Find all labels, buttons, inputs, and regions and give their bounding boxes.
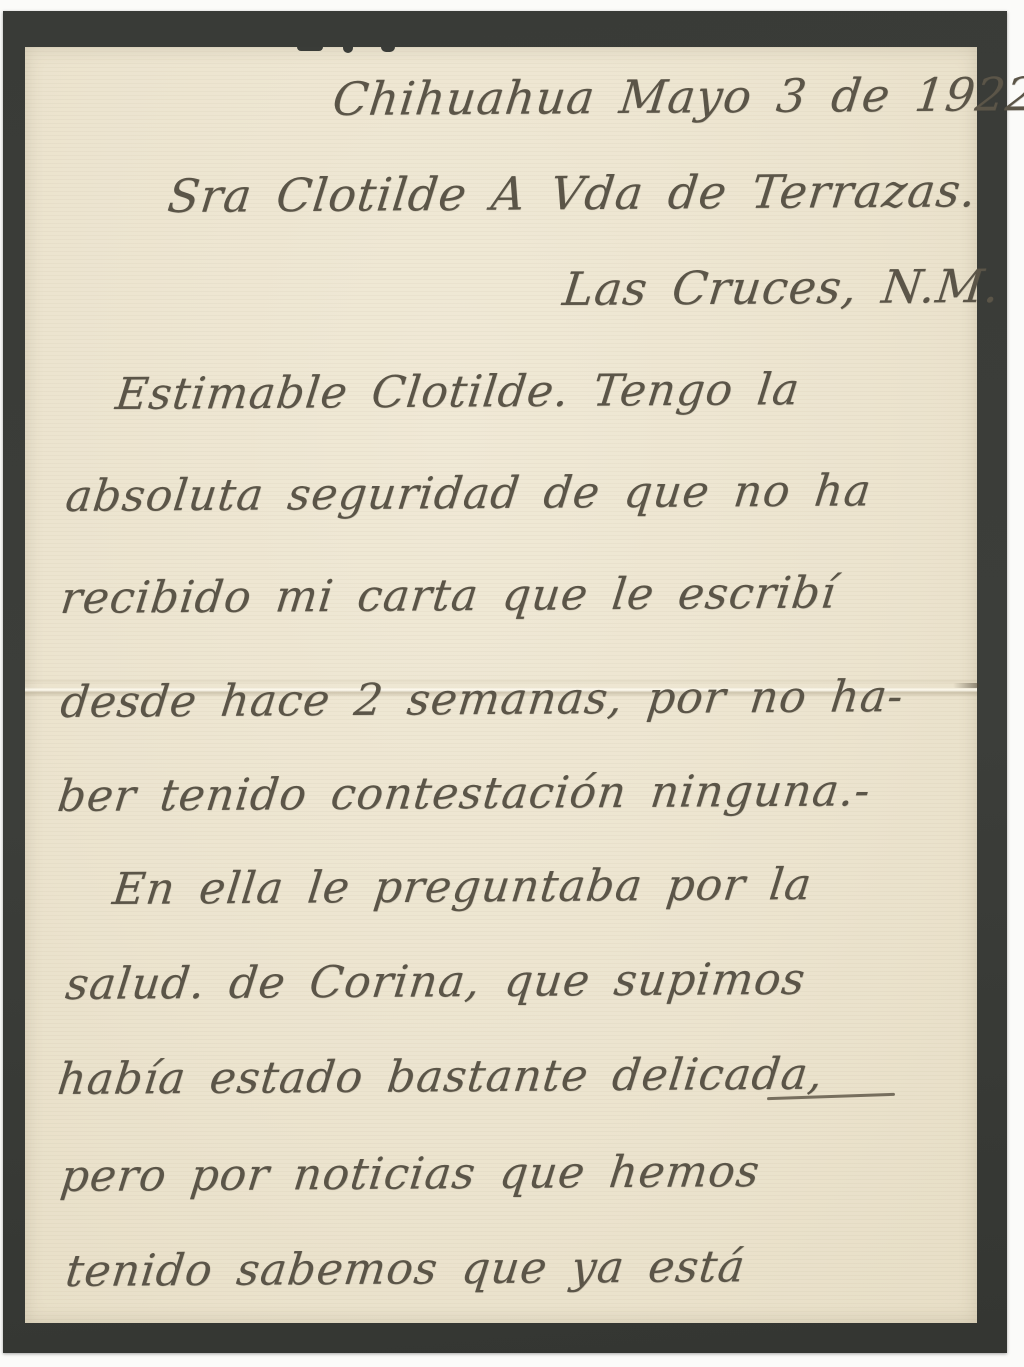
letter-body-line: salud. de Corina, que supimos — [63, 954, 808, 1010]
fold-edge-tear — [953, 683, 979, 688]
paper-edge-nick — [343, 47, 353, 53]
letter-body-line: En ella le preguntaba por la — [110, 859, 815, 915]
letter-body-line: absoluta seguridad de que no ha — [63, 465, 874, 522]
letter-recipient: Sra Clotilde A Vda de Terrazas. — [165, 163, 980, 223]
letter-body-line: ber tenido contestación ninguna.- — [55, 765, 873, 822]
letter-paper: Chihuahua Mayo 3 de 1922. Sra Clotilde A… — [25, 47, 977, 1323]
scan-background: Chihuahua Mayo 3 de 1922. Sra Clotilde A… — [0, 0, 1024, 1367]
paper-edge-nick — [381, 47, 395, 52]
paper-edge-nick — [297, 47, 323, 51]
letter-body-line: recibido mi carta que le escribí — [58, 568, 839, 624]
letter-body-line: desde hace 2 semanas, por no ha- — [58, 671, 906, 728]
letter-body-line: tenido sabemos que ya está — [63, 1241, 748, 1297]
letter-dateline: Chihuahua Mayo 3 de 1922. — [330, 67, 1024, 126]
letter-body-line: había estado bastante delicada, — [55, 1049, 826, 1105]
letter-place-line: Las Cruces, N.M. — [560, 259, 1003, 316]
letter-body-line: Estimable Clotilde. Tengo la — [113, 364, 803, 420]
letter-body-line: pero por noticias que hemos — [58, 1146, 763, 1202]
